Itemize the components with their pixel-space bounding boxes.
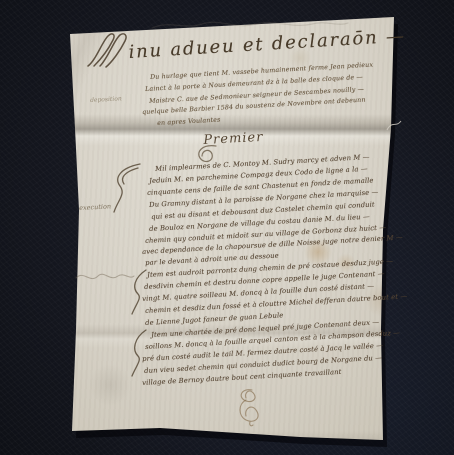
manuscript-line: en apres Voulantes (157, 117, 221, 127)
notary-paraph-flourish (234, 386, 270, 428)
marginal-scribble (74, 268, 136, 286)
paper-fiber (386, 118, 402, 132)
title-initial-flourish (86, 32, 134, 70)
manuscript-text-layer: inu adueu et declaraōn — Du hurlage que … (0, 0, 454, 455)
ink-showthrough (150, 18, 350, 32)
photo-background: inu adueu et declaraōn — Du hurlage que … (0, 0, 454, 455)
marginal-note: execution (79, 203, 111, 211)
paragraph-initial-flourish (110, 162, 146, 216)
heading-flourish (194, 144, 220, 170)
marginal-note: deposition (90, 96, 122, 104)
paragraph-initial-flourish (128, 328, 150, 378)
